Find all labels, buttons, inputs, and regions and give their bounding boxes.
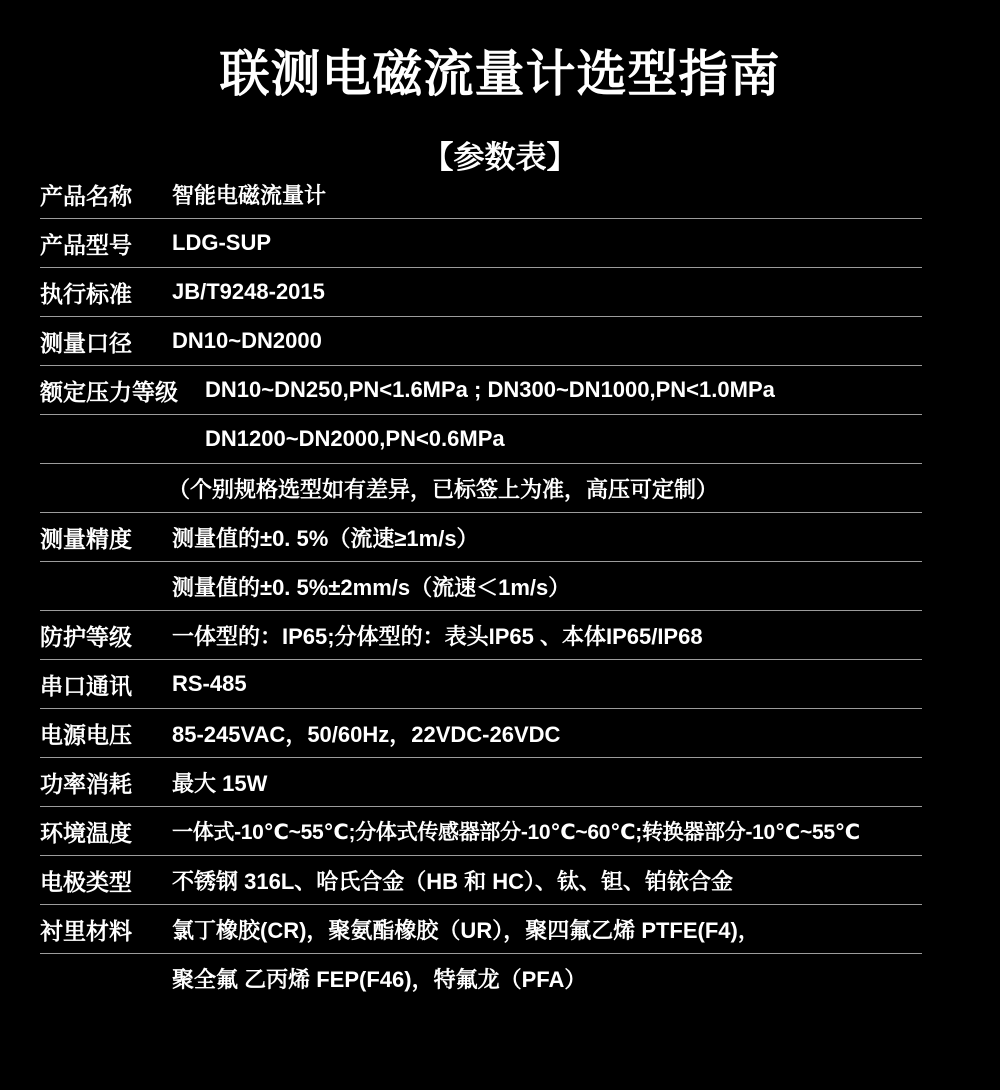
row-value: 氯丁橡胶(CR)，聚氨酯橡胶（UR），聚四氟乙烯 PTFE(F4)， — [172, 914, 760, 945]
table-row: 额定压力等级 DN10~DN250,PN<1.6MPa ; DN300~DN10… — [40, 366, 922, 415]
table-row: 电源电压 85-245VAC，50/60Hz，22VDC-26VDC — [40, 709, 922, 758]
row-value: 最大 15W — [172, 767, 267, 798]
row-value: RS-485 — [172, 671, 247, 697]
row-label: 防护等级 — [40, 619, 132, 652]
row-label: 功率消耗 — [40, 766, 132, 799]
table-row: 环境温度 一体式-10℃~55℃;分体式传感器部分-10℃~60℃;转换器部分-… — [40, 807, 922, 856]
row-value: LDG-SUP — [172, 230, 271, 256]
row-label: 额定压力等级 — [40, 374, 178, 407]
row-label: 执行标准 — [40, 276, 132, 309]
row-value: JB/T9248-2015 — [172, 279, 325, 305]
row-label: 衬里材料 — [40, 913, 132, 946]
table-row: 产品名称 智能电磁流量计 — [40, 170, 922, 219]
row-value: DN1200~DN2000,PN<0.6MPa — [205, 426, 505, 452]
row-value: （个别规格选型如有差异，已标签上为准，高压可定制） — [168, 473, 718, 504]
row-label: 产品型号 — [40, 227, 132, 260]
table-row: 执行标准 JB/T9248-2015 — [40, 268, 922, 317]
row-label: 测量口径 — [40, 325, 132, 358]
row-value: 不锈钢 316L、哈氏合金（HB 和 HC）、钛、钽、铂铱合金 — [172, 865, 733, 896]
table-row: DN1200~DN2000,PN<0.6MPa — [40, 415, 922, 464]
table-row: 测量口径 DN10~DN2000 — [40, 317, 922, 366]
row-label: 串口通讯 — [40, 668, 132, 701]
row-value: 一体型的：IP65;分体型的：表头IP65 、本体IP65/IP68 — [172, 620, 703, 651]
page-title: 联测电磁流量计选型指南 — [0, 0, 1000, 106]
row-label: 环境温度 — [40, 815, 132, 848]
row-value: 测量值的±0. 5%±2mm/s（流速＜1m/s） — [172, 571, 570, 602]
row-label: 电源电压 — [40, 717, 132, 750]
row-value: 智能电磁流量计 — [172, 179, 326, 210]
table-row: 聚全氟 乙丙烯 FEP(F46)，特氟龙（PFA） — [40, 954, 922, 1002]
table-row: 串口通讯 RS-485 — [40, 660, 922, 709]
table-row: 产品型号 LDG-SUP — [40, 219, 922, 268]
row-value: 85-245VAC，50/60Hz，22VDC-26VDC — [172, 718, 560, 749]
row-value: DN10~DN2000 — [172, 328, 322, 354]
table-row: 衬里材料 氯丁橡胶(CR)，聚氨酯橡胶（UR），聚四氟乙烯 PTFE(F4)， — [40, 905, 922, 954]
row-label: 测量精度 — [40, 521, 132, 554]
row-value: 一体式-10℃~55℃;分体式传感器部分-10℃~60℃;转换器部分-10℃~5… — [172, 816, 860, 846]
row-value: DN10~DN250,PN<1.6MPa ; DN300~DN1000,PN<1… — [205, 377, 775, 403]
row-value: 聚全氟 乙丙烯 FEP(F46)，特氟龙（PFA） — [172, 963, 586, 994]
spec-table: 产品名称 智能电磁流量计 产品型号 LDG-SUP 执行标准 JB/T9248-… — [40, 170, 922, 1002]
row-label: 产品名称 — [40, 178, 132, 211]
table-row: 电极类型 不锈钢 316L、哈氏合金（HB 和 HC）、钛、钽、铂铱合金 — [40, 856, 922, 905]
table-row: 测量值的±0. 5%±2mm/s（流速＜1m/s） — [40, 562, 922, 611]
row-value: 测量值的±0. 5%（流速≥1m/s） — [172, 522, 479, 553]
row-label: 电极类型 — [40, 864, 132, 897]
table-row: 功率消耗 最大 15W — [40, 758, 922, 807]
table-row: （个别规格选型如有差异，已标签上为准，高压可定制） — [40, 464, 922, 513]
table-row: 防护等级 一体型的：IP65;分体型的：表头IP65 、本体IP65/IP68 — [40, 611, 922, 660]
table-row: 测量精度 测量值的±0. 5%（流速≥1m/s） — [40, 513, 922, 562]
